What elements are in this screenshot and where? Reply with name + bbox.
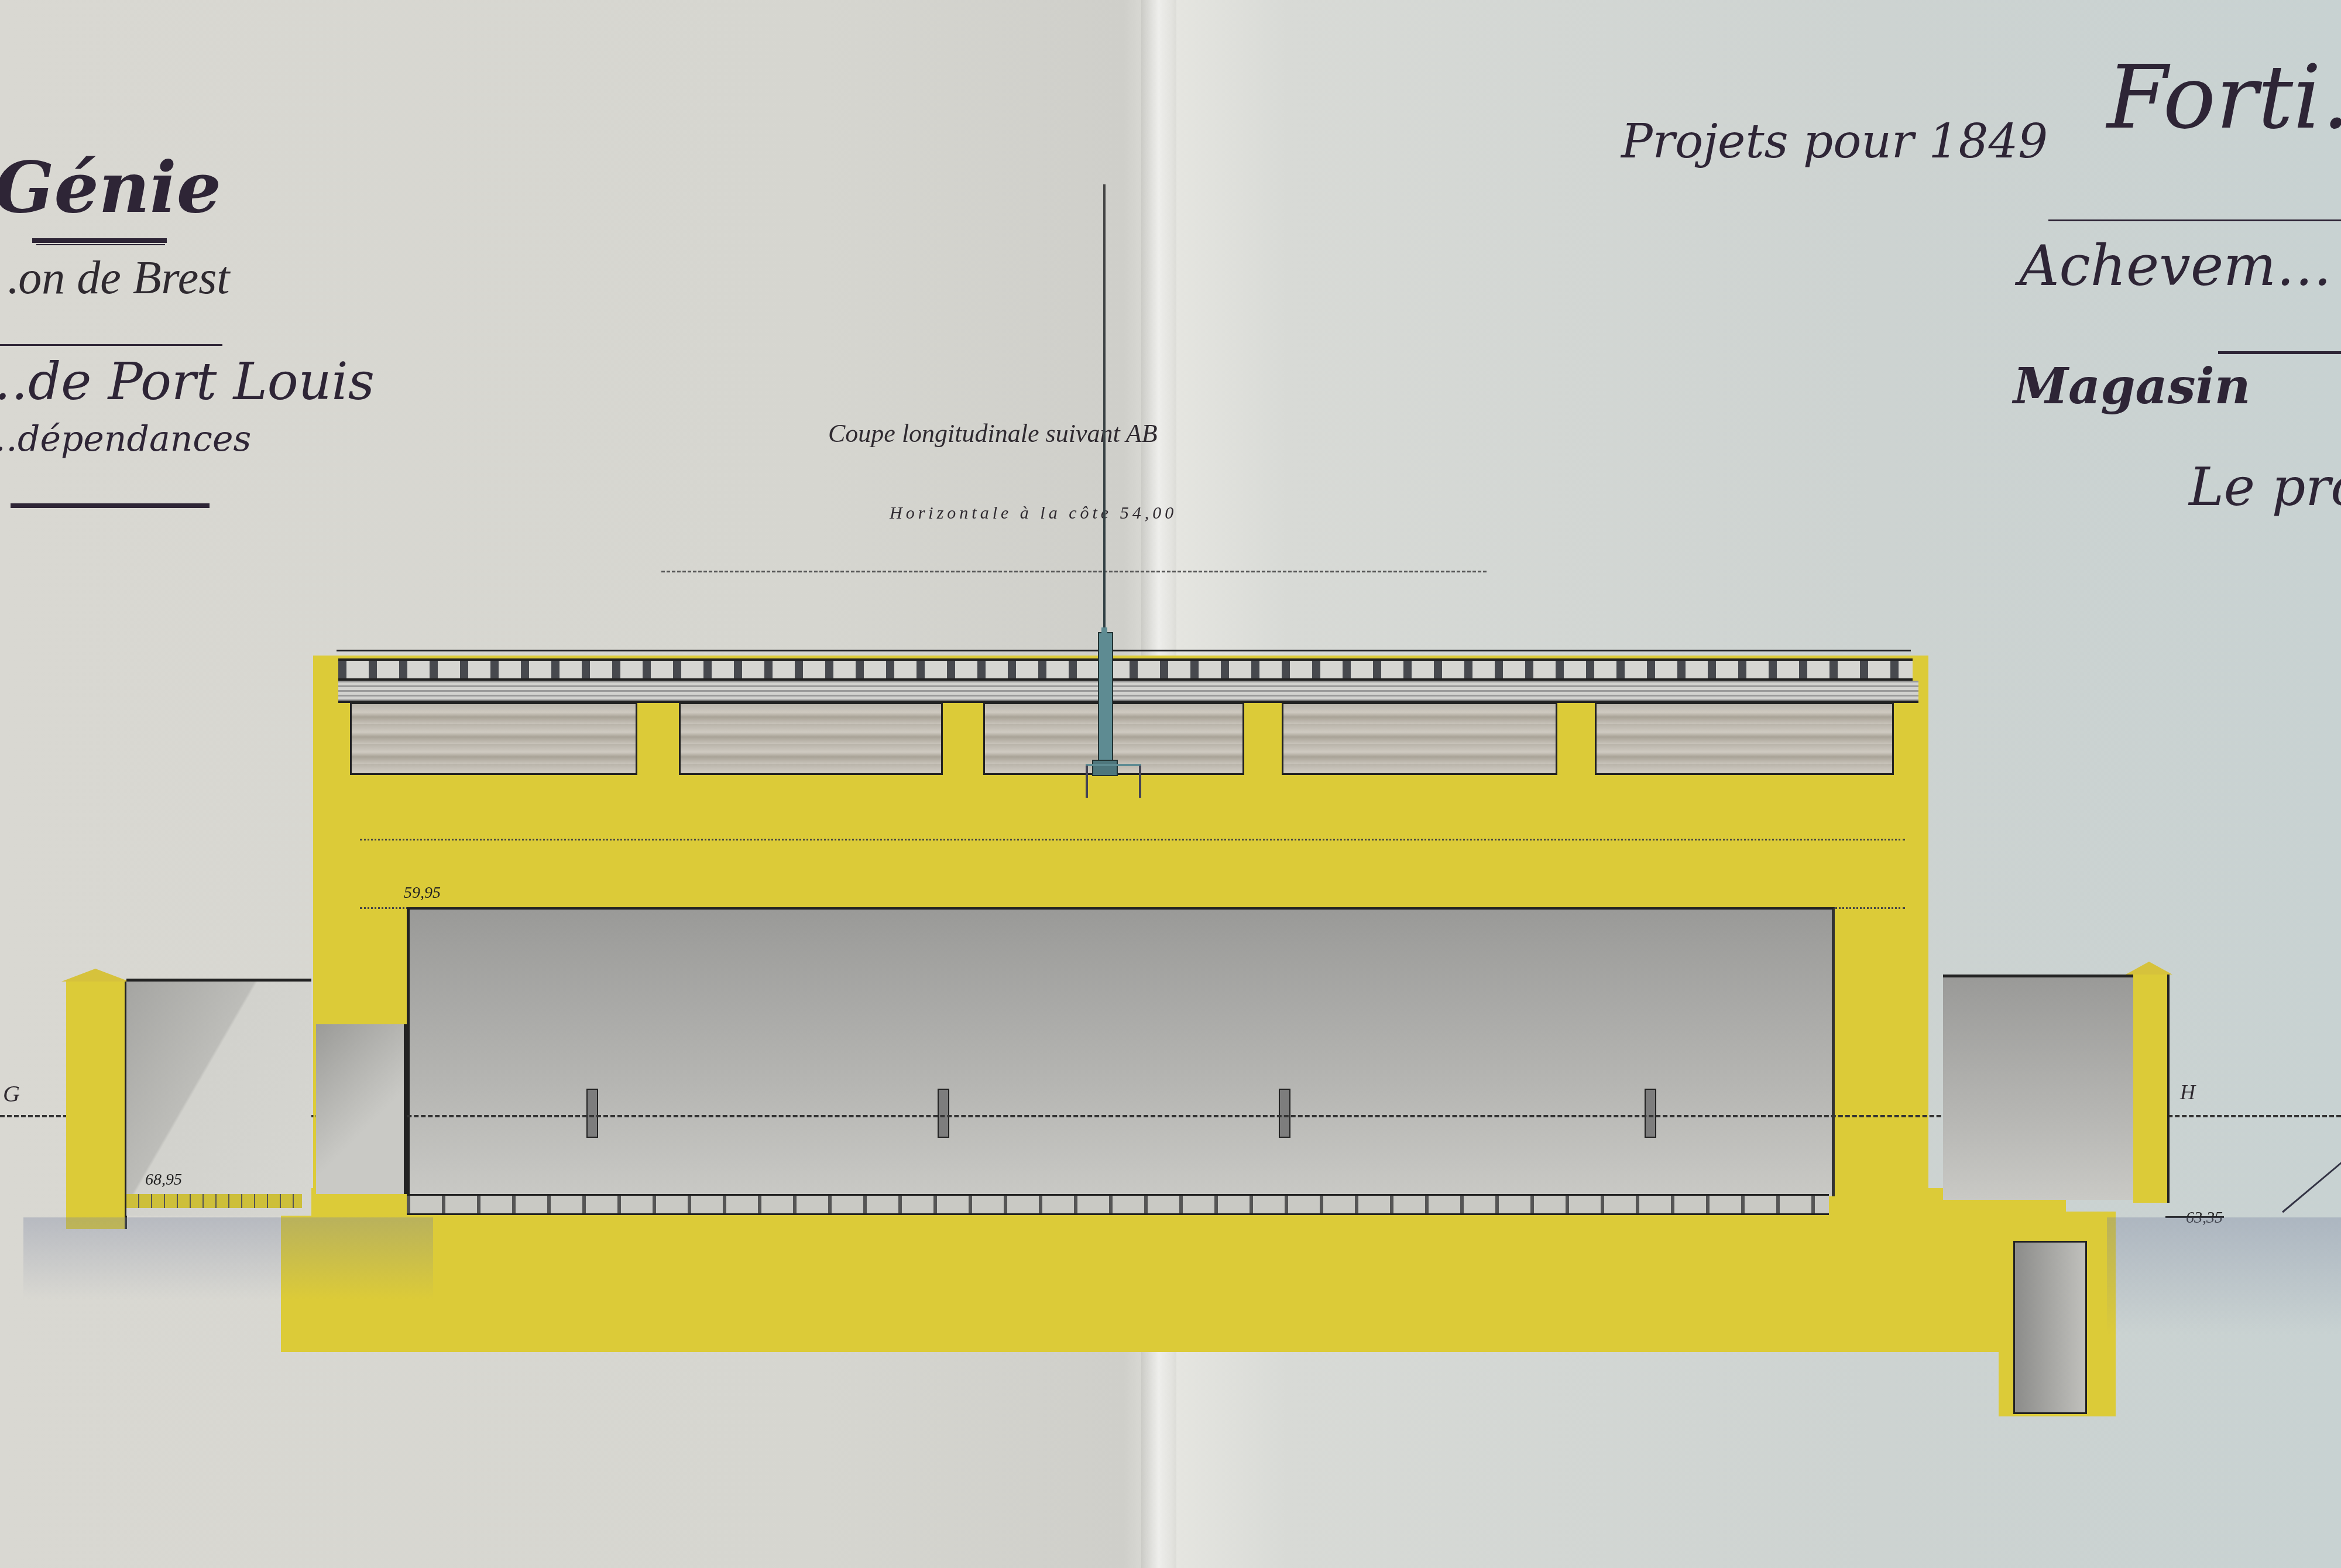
stone-panel-4 [1282,702,1557,775]
title-underline-1b [36,244,165,245]
lightning-rod-conductor [1086,764,1141,766]
title-underline-1 [32,238,167,243]
roof-balustrade [338,658,1913,681]
title-dependances: …dépendances [0,418,251,459]
lightning-rod-collar [1101,627,1107,634]
vent-slot-3 [1279,1089,1290,1138]
left-enclosure-pillar [66,980,127,1229]
magazine-chamber [407,907,1835,1196]
right-enclosure-chamber [1943,975,2148,1200]
vault-extrados-line [360,839,1905,840]
left-entrance-recess [316,1024,407,1194]
roof-line [337,650,1911,651]
title-direction-brest: …on de Brest [0,252,230,305]
stone-panel-5 [1595,702,1894,775]
section-mark-g: G [3,1080,20,1107]
lightning-rod-spike [1103,184,1106,641]
stone-panel-1 [350,702,637,775]
title-fortification: Forti… [2107,47,2341,149]
right-pillar-cap [2126,962,2172,975]
title-magasin: Magasin [2013,357,2251,416]
left-ground-hatching [23,1217,433,1299]
roof-cornice [338,681,1918,703]
title-genie: Génie [0,146,221,229]
title-underline-3 [11,503,210,508]
title-achevement: Achevem… [2019,234,2332,298]
title-port-louis: …de Port Louis [0,351,375,411]
title-note: Le pro… [2189,457,2341,518]
right-enclosure-pillar [2133,975,2170,1203]
title-rule-2 [0,344,222,346]
left-pavement [126,1194,302,1208]
reference-level: Horizontale à la côte 54,00 [890,503,1177,523]
project-year: Projets pour 1849 [1621,114,2048,169]
magazine-floor [407,1194,1829,1215]
conductor-leg-left [1086,766,1088,798]
lightning-rod-mast [1098,632,1113,772]
right-ground-hatching [2107,1217,2341,1334]
vent-slot-2 [938,1089,949,1138]
stone-panel-2 [679,702,943,775]
section-mark-h: H [2180,1080,2195,1104]
vent-slot-1 [586,1089,598,1138]
lightning-rod-base [1092,760,1118,776]
section-title: Coupe longitudinale suivant AB [828,418,1158,448]
elevation-vault-top: 59,95 [404,884,441,903]
left-pillar-cap [61,969,129,982]
right-embankment-slope [2282,1106,2341,1213]
elevation-left-ground: 68,95 [145,1171,182,1189]
well-shaft [2013,1241,2087,1414]
vent-slot-4 [1645,1089,1656,1138]
title-rule-right-1 [2048,219,2341,221]
reference-dashed-line [661,571,1487,572]
conductor-leg-right [1139,766,1141,798]
title-rule-right-2 [2218,351,2341,354]
